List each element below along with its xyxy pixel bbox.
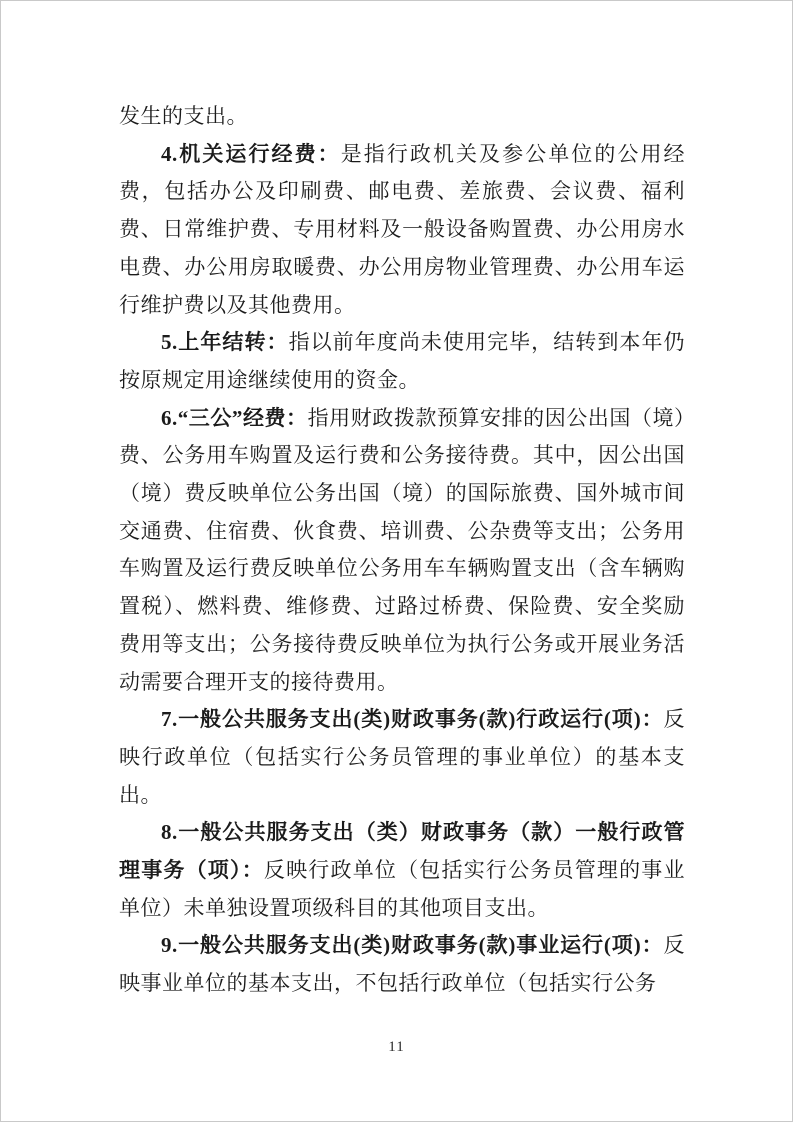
paragraph-lead: 4.机关运行经费： [161,142,341,166]
page-number: 11 [1,1039,792,1056]
paragraph-lead: 9.一般公共服务支出(类)财政事务(款)事业运行(项)： [161,933,664,957]
paragraph-item-6: 6.“三公”经费：指用财政拨款预算安排的因公出国（境）费、公务用车购置及运行费和… [119,400,685,702]
document-body-text: 发生的支出。 4.机关运行经费：是指行政机关及参公单位的公用经费，包括办公及印刷… [119,98,685,1003]
paragraph-item-5: 5.上年结转：指以前年度尚未使用完毕，结转到本年仍按原规定用途继续使用的资金。 [119,324,685,399]
paragraph-lead: 7.一般公共服务支出(类)财政事务(款)行政运行(项)： [161,707,664,731]
paragraph-item-9: 9.一般公共服务支出(类)财政事务(款)事业运行(项)：反映事业单位的基本支出，… [119,927,685,1002]
paragraph-body: 是指行政机关及参公单位的公用经费，包括办公及印刷费、邮电费、差旅费、会议费、福利… [119,142,685,317]
paragraph-continuation: 发生的支出。 [119,98,685,136]
paragraph-item-7: 7.一般公共服务支出(类)财政事务(款)行政运行(项)：反映行政单位（包括实行公… [119,701,685,814]
paragraph-body: 发生的支出。 [119,104,248,128]
paragraph-lead: 5.上年结转： [161,330,289,354]
paragraph-lead: 6.“三公”经费： [161,406,308,430]
document-page: 发生的支出。 4.机关运行经费：是指行政机关及参公单位的公用经费，包括办公及印刷… [0,0,793,1122]
paragraph-item-4: 4.机关运行经费：是指行政机关及参公单位的公用经费，包括办公及印刷费、邮电费、差… [119,136,685,325]
paragraph-body: 指用财政拨款预算安排的因公出国（境）费、公务用车购置及运行费和公务接待费。其中，… [119,406,685,694]
paragraph-item-8: 8.一般公共服务支出（类）财政事务（款）一般行政管理事务（项）：反映行政单位（包… [119,814,685,927]
